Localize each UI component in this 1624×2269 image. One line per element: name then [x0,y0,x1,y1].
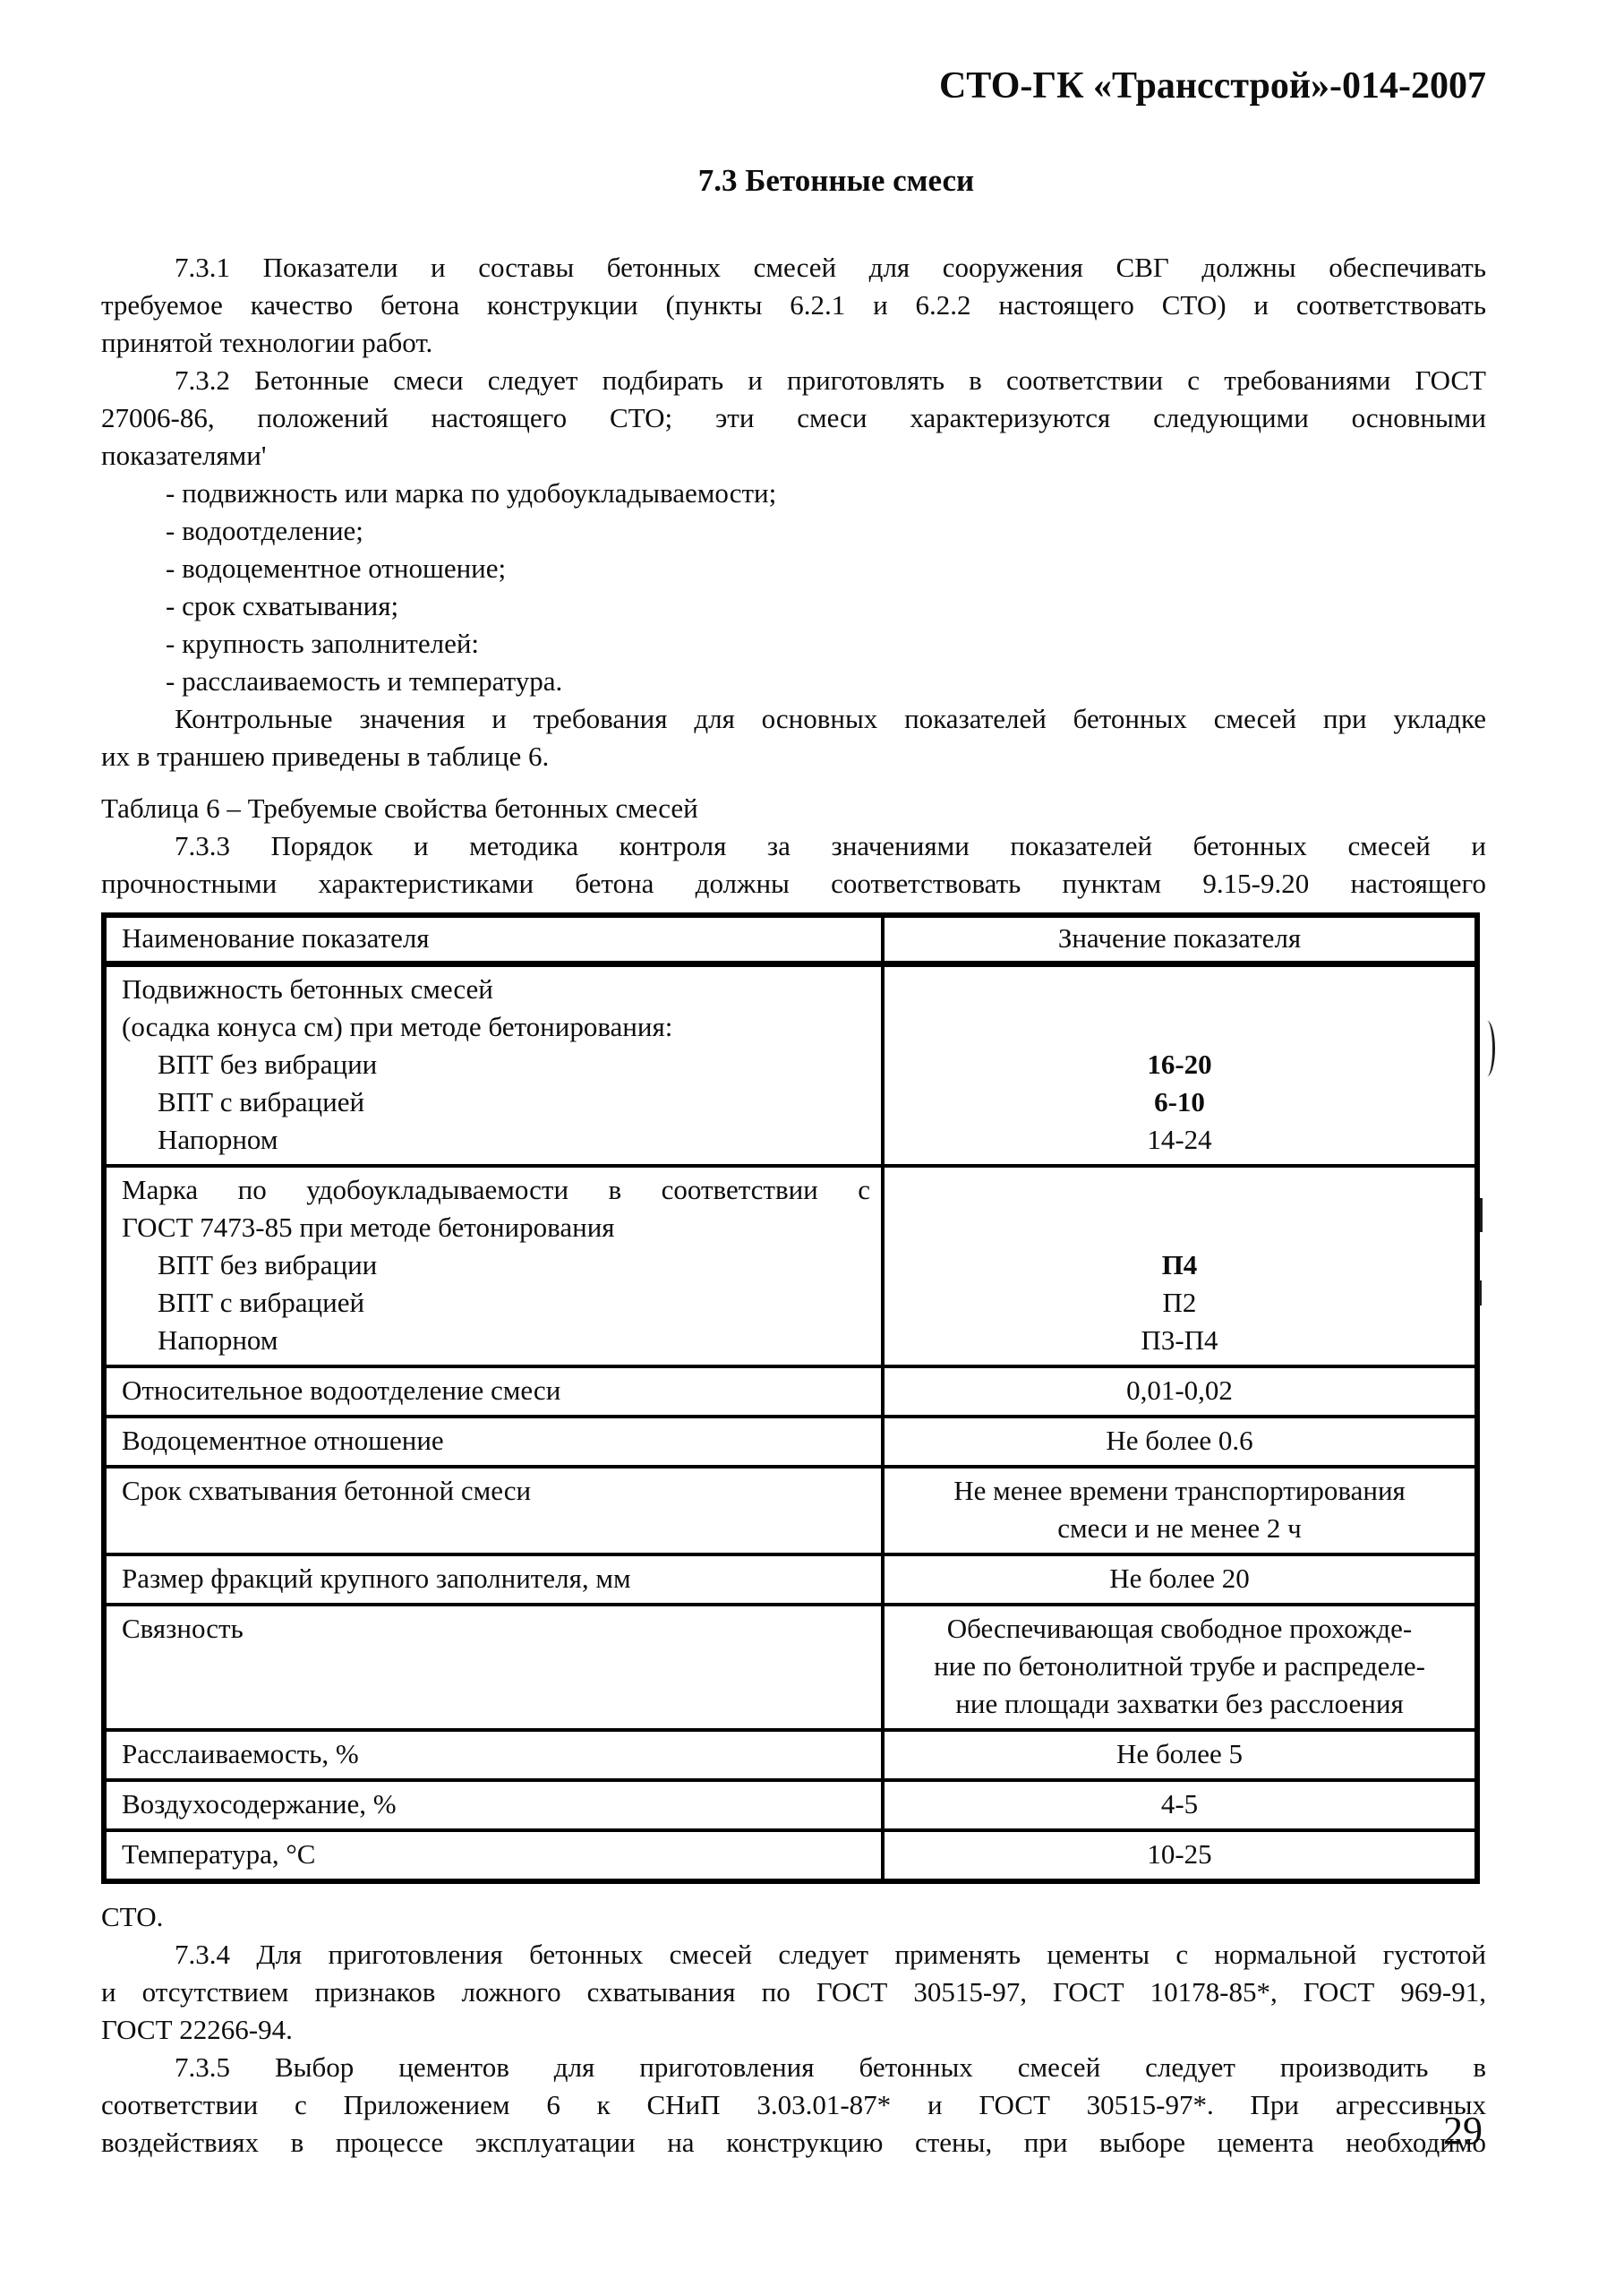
indicator-name-cell: Марка по удобоукладываемости в соответст… [104,1166,883,1366]
section-heading: 7.3 Бетонные смеси [101,161,1486,201]
table-row: Температура, °С10-25 [104,1830,1477,1881]
indicator-value-cell: 4-5 [883,1780,1477,1830]
indicator-name-line: Относительное водоотделение смеси [122,1372,870,1409]
text-line: их в траншею приведены в таблице 6. [101,738,1486,775]
table-row: Расслаиваемость, %Не более 5 [104,1730,1477,1780]
indicator-name-line: Водоцементное отношение [122,1422,870,1460]
indicator-value-cell: Не более 0.6 [883,1417,1477,1467]
text-line: 7.3.3 Порядок и методика контроля за зна… [101,827,1486,865]
text-line: соответствии с Приложением 6 к СНиП 3.03… [101,2086,1486,2124]
table-caption: Таблица 6 – Требуемые свойства бетонных … [101,790,1486,827]
indicator-name-cell: Относительное водоотделение смеси [104,1366,883,1417]
indicator-value-cell: П4П2П3-П4 [883,1166,1477,1366]
table-body: Наименование показателя Значение показат… [104,915,1477,1881]
indicator-name-line: Расслаиваемость, % [122,1735,870,1773]
paragraph-7-3-2: 7.3.2 Бетонные смеси следует подбирать и… [101,362,1486,475]
table-row: Относительное водоотделение смеси0,01-0,… [104,1366,1477,1417]
table-row: Водоцементное отношениеНе более 0.6 [104,1417,1477,1467]
indicator-value-line: 14-24 [892,1121,1467,1159]
indicator-name-cell: Расслаиваемость, % [104,1730,883,1780]
bullet-item: - водоцементное отношение; [101,550,1486,587]
indicator-value-line: П4 [892,1246,1467,1284]
indicator-name-line: Температура, °С [122,1836,870,1873]
paragraph-7-3-5: 7.3.5 Выбор цементов для приготовления б… [101,2049,1486,2162]
indicator-value-line: Не менее времени транспортирования [892,1472,1467,1510]
paragraph-7-3-3: 7.3.3 Порядок и методика контроля за зна… [101,827,1486,903]
indicator-value-line: 10-25 [892,1836,1467,1873]
text-line: и отсутствием признаков ложного схватыва… [101,1974,1486,2011]
text-line: прочностными характеристиками бетона дол… [101,865,1486,903]
indicator-value-line: ние по бетонолитной трубе и распределе- [892,1648,1467,1685]
indicator-value-line: 6-10 [892,1083,1467,1121]
scan-artifact-tick [1480,1198,1483,1232]
indicator-name-cell: Температура, °С [104,1830,883,1881]
indicator-value-line [892,971,1467,1008]
indicator-value-line: 16-20 [892,1046,1467,1083]
requirements-table: Наименование показателя Значение показат… [101,912,1480,1884]
indicator-name-cell: Водоцементное отношение [104,1417,883,1467]
indicator-name-line: Марка по удобоукладываемости в соответст… [122,1171,870,1209]
bullet-list: - подвижность или марка по удобоукладыва… [101,475,1486,700]
indicator-name-line: Напорном [122,1322,870,1359]
indicator-value-line: Не более 0.6 [892,1422,1467,1460]
text-line: воздействиях в процессе эксплуатации на … [101,2124,1486,2162]
table-header-row: Наименование показателя Значение показат… [104,915,1477,964]
paragraph-sto-continuation: СТО. [101,1898,1486,1936]
page-number: 29 [1443,2110,1483,2153]
text-line: Контрольные значения и требования для ос… [101,700,1486,738]
indicator-value-cell: 16-206-1014-24 [883,964,1477,1167]
indicator-name-line: Размер фракций крупного заполнителя, мм [122,1560,870,1597]
table-header-value: Значение показателя [883,915,1477,964]
text-line: 7.3.1 Показатели и составы бетонных смес… [101,249,1486,287]
text-line: требуемое качество бетона конструкции (п… [101,287,1486,324]
table-row: Воздухосодержание, %4-5 [104,1780,1477,1830]
bullet-item: - подвижность или марка по удобоукладыва… [101,475,1486,512]
indicator-value-line [892,1008,1467,1046]
indicator-name-cell: Размер фракций крупного заполнителя, мм [104,1554,883,1605]
indicator-name-line: Связность [122,1610,870,1648]
indicator-value-line: Не более 20 [892,1560,1467,1597]
text-line: ГОСТ 22266-94. [101,2011,1486,2049]
indicator-value-cell: 10-25 [883,1830,1477,1881]
page-content: СТО-ГК «Трансстрой»-014-2007 7.3 Бетонны… [101,0,1486,2162]
text-line: 7.3.2 Бетонные смеси следует подбирать и… [101,362,1486,399]
paragraph-control-note: Контрольные значения и требования для ос… [101,700,1486,775]
indicator-name-line: Напорном [122,1121,870,1159]
indicator-value-cell: 0,01-0,02 [883,1366,1477,1417]
indicator-name-cell: Срок схватывания бетонной смеси [104,1467,883,1554]
indicator-value-line: П3-П4 [892,1322,1467,1359]
table-row: Срок схватывания бетонной смесиНе менее … [104,1467,1477,1554]
indicator-name-line: ВПТ без вибрации [122,1046,870,1083]
document-page: СТО-ГК «Трансстрой»-014-2007 7.3 Бетонны… [0,0,1624,2269]
indicator-value-line: 0,01-0,02 [892,1372,1467,1409]
paragraph-7-3-1: 7.3.1 Показатели и составы бетонных смес… [101,249,1486,362]
text-line: показателями' [101,437,1486,475]
doc-reference: СТО-ГК «Трансстрой»-014-2007 [101,0,1486,106]
indicator-value-line: Не более 5 [892,1735,1467,1773]
table-header-name: Наименование показателя [104,915,883,964]
scan-artifact-arc [1482,1021,1495,1076]
indicator-value-line: ние площади захватки без расслоения [892,1685,1467,1723]
indicator-name-line: Воздухосодержание, % [122,1785,870,1823]
indicator-value-line: 4-5 [892,1785,1467,1823]
text-line: 27006-86, положений настоящего СТО; эти … [101,399,1486,437]
indicator-name-cell: Подвижность бетонных смесей(осадка конус… [104,964,883,1167]
indicator-value-line: П2 [892,1284,1467,1322]
indicator-name-cell: Воздухосодержание, % [104,1780,883,1830]
table-row: Размер фракций крупного заполнителя, ммН… [104,1554,1477,1605]
indicator-value-line: смеси и не менее 2 ч [892,1510,1467,1547]
indicator-name-line: ГОСТ 7473-85 при методе бетонирования [122,1209,870,1246]
paragraph-7-3-4: 7.3.4 Для приготовления бетонных смесей … [101,1936,1486,2049]
indicator-name-line: (осадка конуса см) при методе бетонирова… [122,1008,870,1046]
scan-artifact-tick [1479,1280,1482,1306]
indicator-name-cell: Связность [104,1605,883,1730]
text-line: 7.3.4 Для приготовления бетонных смесей … [101,1936,1486,1974]
indicator-value-cell: Обеспечивающая свободное прохожде-ние по… [883,1605,1477,1730]
table-row: Подвижность бетонных смесей(осадка конус… [104,964,1477,1167]
table-row: Марка по удобоукладываемости в соответст… [104,1166,1477,1366]
table-row: СвязностьОбеспечивающая свободное прохож… [104,1605,1477,1730]
text-line: 7.3.5 Выбор цементов для приготовления б… [101,2049,1486,2086]
indicator-value-cell: Не более 5 [883,1730,1477,1780]
indicator-name-line: ВПТ с вибрацией [122,1083,870,1121]
bullet-item: - крупность заполнителей: [101,625,1486,663]
indicator-name-line: ВПТ без вибрации [122,1246,870,1284]
indicator-value-line: Обеспечивающая свободное прохожде- [892,1610,1467,1648]
indicator-name-line: ВПТ с вибрацией [122,1284,870,1322]
text-line: принятой технологии работ. [101,324,1486,362]
indicator-name-line: Подвижность бетонных смесей [122,971,870,1008]
indicator-name-line: Срок схватывания бетонной смеси [122,1472,870,1510]
indicator-value-cell: Не менее времени транспортированиясмеси … [883,1467,1477,1554]
bullet-item: - расслаиваемость и температура. [101,663,1486,700]
indicator-value-cell: Не более 20 [883,1554,1477,1605]
indicator-value-line [892,1171,1467,1209]
indicator-value-line [892,1209,1467,1246]
bullet-item: - срок схватывания; [101,587,1486,625]
bullet-item: - водоотделение; [101,512,1486,550]
